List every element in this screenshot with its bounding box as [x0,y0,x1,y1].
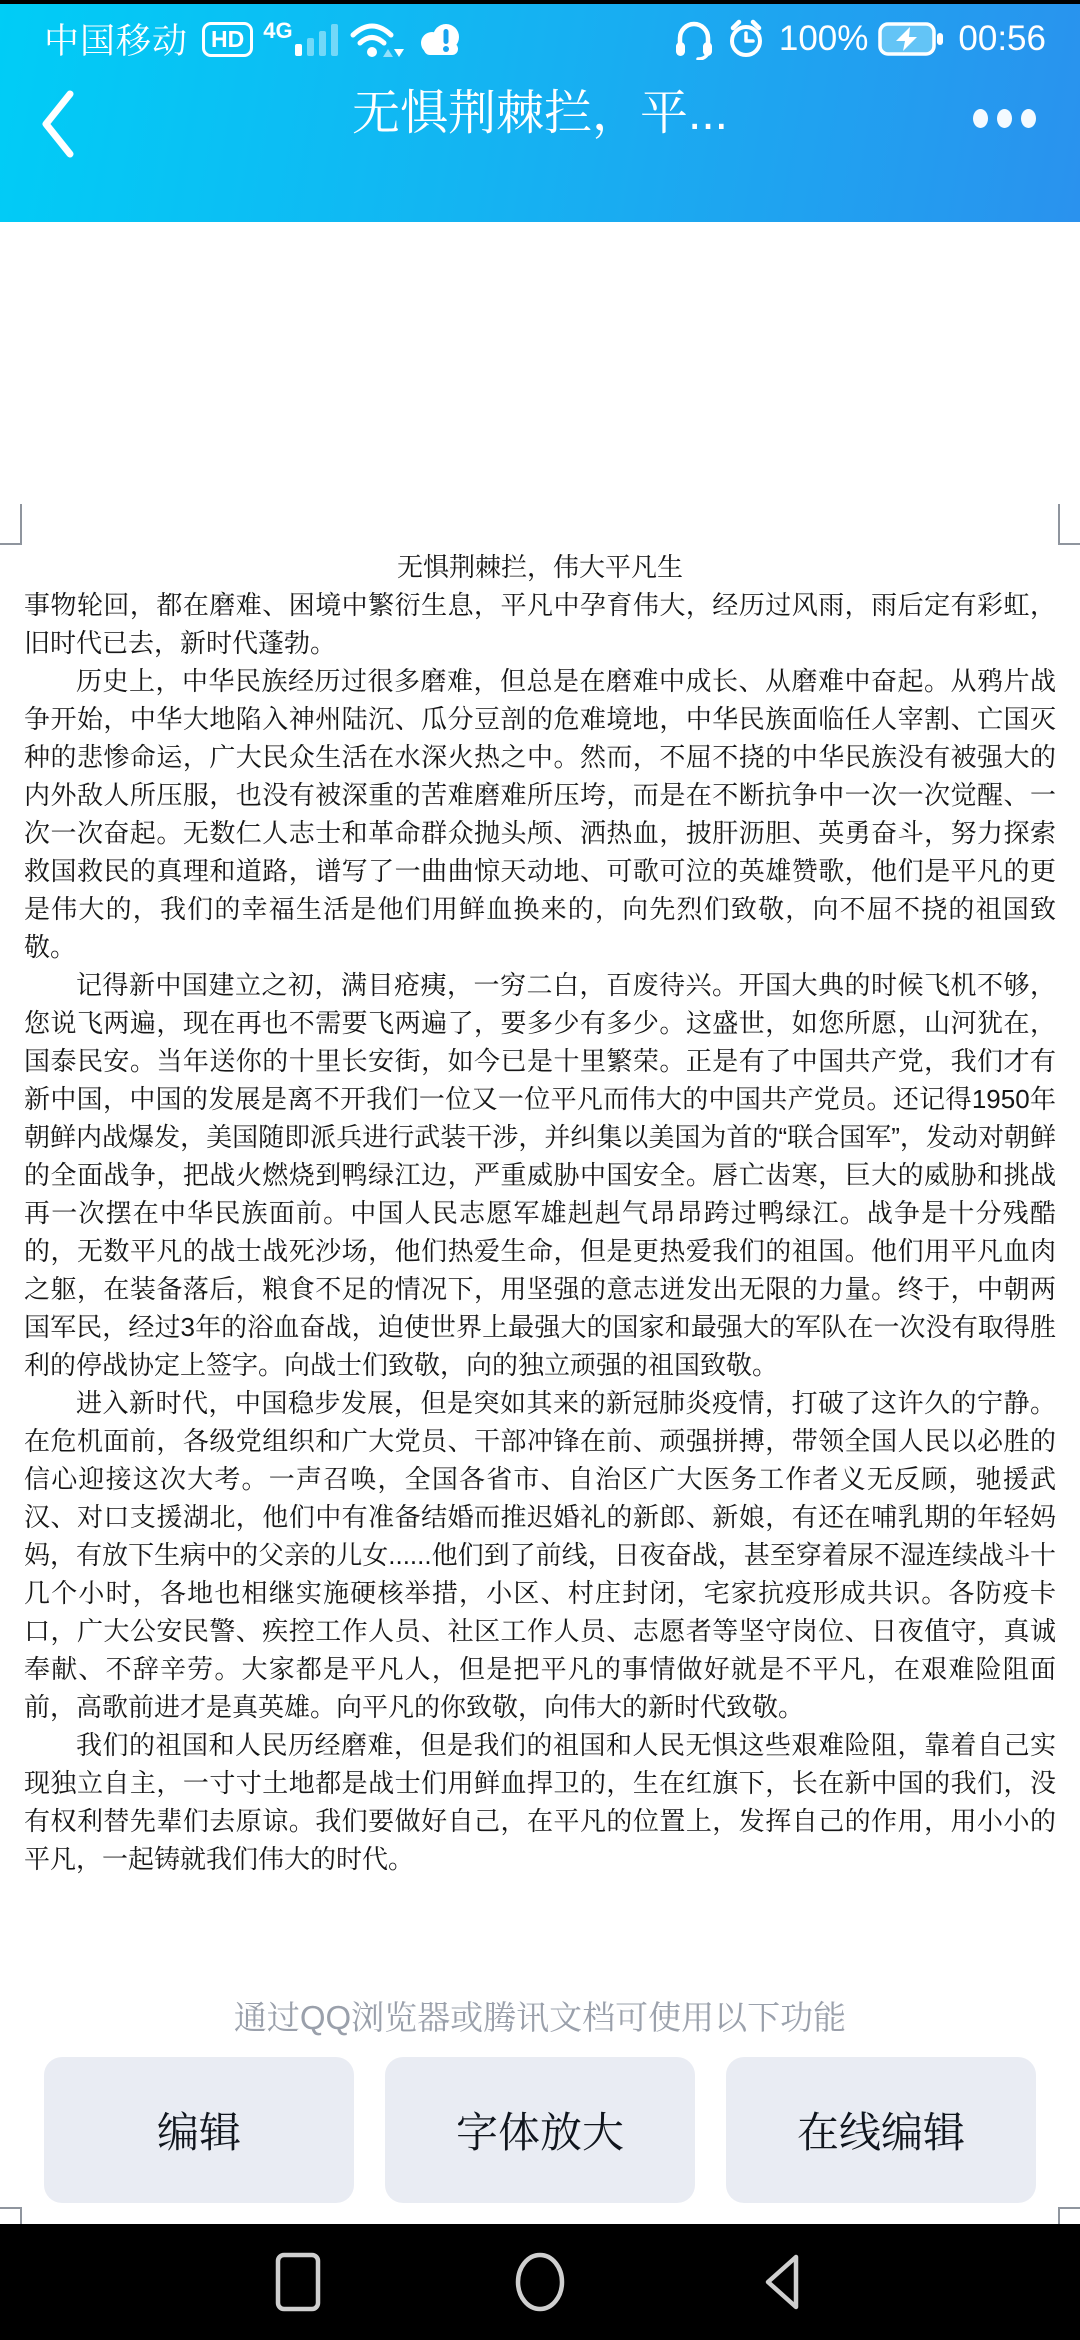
more-dots-icon [973,109,988,128]
footer-actions: 编辑 字体放大 在线编辑 [44,2057,1036,2203]
clock-label: 00:56 [958,19,1046,59]
crop-mark-bottom-right [1059,2207,1080,2209]
crop-mark-bottom-left [20,2207,22,2224]
carrier-label: 中国移动 [44,14,188,64]
back-button[interactable] [30,82,86,166]
status-bar-left: 中国移动 HD 4G [44,14,465,64]
font-zoom-button[interactable]: 字体放大 [385,2057,695,2203]
screen-top-edge [0,0,1080,4]
alarm-clock-icon [725,18,767,60]
edit-button[interactable]: 编辑 [44,2057,354,2203]
signal-bars-icon [295,22,339,56]
crop-mark-top-left [20,504,22,545]
status-bar: 中国移动 HD 4G [0,0,1080,64]
paragraph-4: 进入新时代，中国稳步发展，但是突如其来的新冠肺炎疫情，打破了这许久的宁静。在危机… [24,1384,1056,1726]
title-bar: 无惧荆棘拦，平... [0,64,1080,204]
crop-mark-bottom-left [0,2207,21,2209]
home-button[interactable] [510,2250,570,2314]
app-header: 中国移动 HD 4G [0,0,1080,222]
battery-charging-icon [878,22,944,56]
back-triangle-icon [759,2252,805,2312]
crop-mark-bottom-right [1058,2207,1060,2224]
hd-badge-icon: HD [202,22,253,57]
back-nav-button[interactable] [752,2250,812,2314]
network-type-label: 4G [263,18,292,44]
crop-mark-top-left [0,543,21,545]
wifi-icon [349,19,407,59]
online-edit-button[interactable]: 在线编辑 [726,2057,1036,2203]
headset-icon [673,18,715,60]
page-title: 无惧荆棘拦，平... [150,66,930,162]
chevron-left-icon [36,88,80,160]
document-viewer[interactable]: 无惧荆棘拦，伟大平凡生 事物轮回，都在磨难、困境中繁衍生息，平凡中孕育伟大，经历… [0,222,1080,2224]
paragraph-1: 事物轮回，都在磨难、困境中繁衍生息，平凡中孕育伟大，经历过风雨，雨后定有彩虹，旧… [24,586,1056,662]
crop-mark-top-right [1059,543,1080,545]
footer-hint-text: 通过QQ浏览器或腾讯文档可使用以下功能 [0,1992,1080,2039]
cellular-signal-icon: 4G [263,22,338,56]
paragraph-2: 历史上，中华民族经历过很多磨难，但总是在磨难中成长、从磨难中奋起。从鸦片战争开始… [24,662,1056,966]
paragraph-3: 记得新中国建立之初，满目疮痍，一穷二白，百废待兴。开国大典的时候飞机不够，您说飞… [24,966,1056,1384]
android-navigation-bar [0,2224,1080,2340]
recents-square-icon [275,2252,321,2312]
more-menu-button[interactable] [956,90,1052,146]
recents-button[interactable] [268,2250,328,2314]
phone-screen: 中国移动 HD 4G [0,0,1080,2340]
battery-percent-label: 100% [779,19,869,59]
status-bar-right: 100% 00:56 [673,18,1046,60]
home-circle-icon [514,2251,566,2313]
document-title: 无惧荆棘拦，伟大平凡生 [24,548,1056,586]
cloud-alert-icon [417,21,465,57]
paragraph-5: 我们的祖国和人民历经磨难，但是我们的祖国和人民无惧这些艰难险阻，靠着自己实现独立… [24,1726,1056,1878]
document-page: 无惧荆棘拦，伟大平凡生 事物轮回，都在磨难、困境中繁衍生息，平凡中孕育伟大，经历… [0,222,1080,1878]
crop-mark-top-right [1058,504,1060,545]
